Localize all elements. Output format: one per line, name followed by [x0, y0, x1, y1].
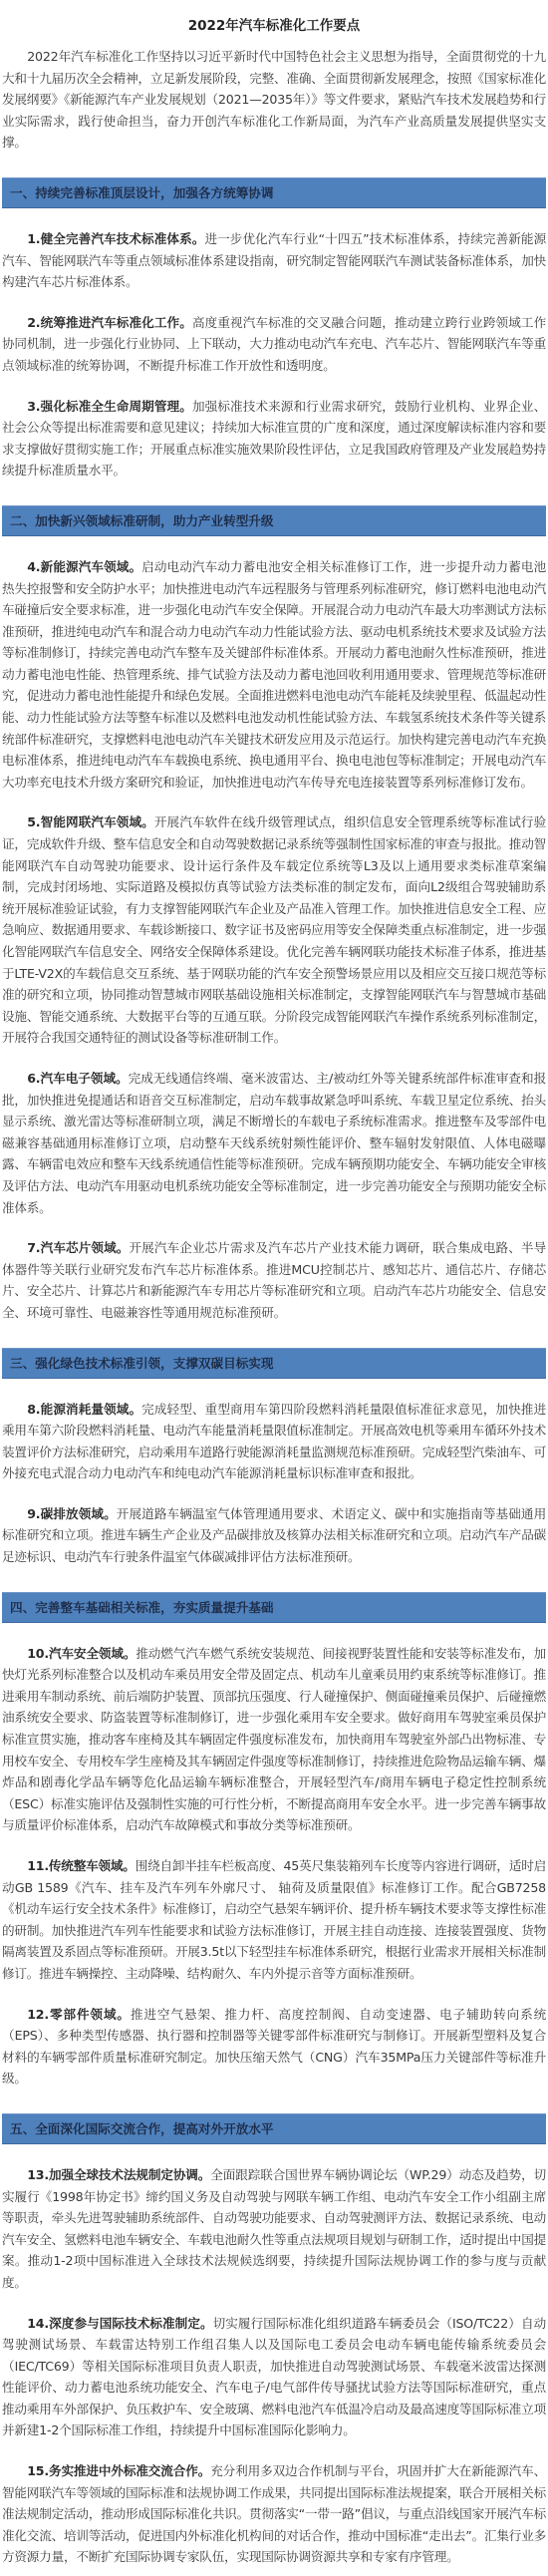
- item-paragraph-6: 6.汽车电子领域。完成无线通信终端、毫米波雷达、主/被动红外等关键系统部件标准审…: [2, 1068, 546, 1218]
- item-lead: 7.汽车芯片领域。: [27, 1240, 129, 1255]
- item-lead: 1.健全完善汽车技术标准体系。: [27, 231, 204, 246]
- item-lead: 9.碳排放领域。: [27, 1506, 117, 1521]
- item-paragraph-13: 13.加强全球技术法规制定协调。全面跟踪联合国世界车辆协调论坛（WP.29）动态…: [2, 2164, 546, 2294]
- item-lead: 2.统筹推进汽车标准化工作。: [27, 315, 192, 330]
- document-title: 2022年汽车标准化工作要点: [2, 0, 546, 38]
- item-lead: 13.加强全球技术法规制定协调。: [27, 2167, 210, 2182]
- section-heading-3: 三、强化绿色技术标准引领，支撑双碳目标实现: [2, 1348, 546, 1379]
- item-body: 切实履行国际标准化组织道路车辆委员会（ISO/TC22）自动驾驶测试场景、车载雷…: [2, 2316, 546, 2438]
- document-page: 2022年汽车标准化工作要点 2022年汽车标准化工作坚持以习近平新时代中国特色…: [0, 0, 548, 2576]
- item-lead: 5.智能网联汽车领域。: [27, 814, 154, 829]
- intro-paragraph: 2022年汽车标准化工作坚持以习近平新时代中国特色社会主义思想为指导，全面贯彻党…: [2, 46, 546, 154]
- item-paragraph-15: 15.务实推进中外标准交流合作。充分利用多双边合作机制与平台，巩固并扩大在新能源…: [2, 2460, 546, 2568]
- section-heading-1: 一、持续完善标准顶层设计，加强各方统筹协调: [2, 177, 546, 208]
- item-paragraph-1: 1.健全完善汽车技术标准体系。进一步优化汽车行业“十四五”技术标准体系，持续完善…: [2, 228, 546, 293]
- item-lead: 6.汽车电子领域。: [27, 1071, 128, 1086]
- section-heading-5: 五、全面深化国际交流合作，提高对外开放水平: [2, 2113, 546, 2144]
- item-lead: 11.传统整车领域。: [27, 1858, 136, 1873]
- item-body: 围绕自卸半挂车栏板高度、45英尺集装箱列车长度等内容进行调研，适时启动GB 15…: [2, 1858, 546, 1981]
- item-paragraph-2: 2.统筹推进汽车标准化工作。高度重视汽车标准的交叉融合问题，推动建立跨行业跨领域…: [2, 312, 546, 377]
- item-paragraph-11: 11.传统整车领域。围绕自卸半挂车栏板高度、45英尺集装箱列车长度等内容进行调研…: [2, 1855, 546, 1985]
- section-heading-2: 二、加快新兴领域标准研制，助力产业转型升级: [2, 505, 546, 536]
- item-paragraph-8: 8.能源消耗量领域。完成轻型、重型商用车第四阶段燃料消耗量限值标准征求意见，加快…: [2, 1399, 546, 1484]
- item-lead: 12.零部件领域。: [27, 2007, 131, 2022]
- item-lead: 4.新能源汽车领域。: [27, 559, 141, 574]
- item-lead: 14.深度参与国际技术标准制定。: [27, 2316, 212, 2331]
- item-lead: 10.汽车安全领域。: [27, 1646, 136, 1661]
- item-lead: 8.能源消耗量领域。: [27, 1402, 141, 1417]
- item-paragraph-5: 5.智能网联汽车领域。开展汽车软件在线升级管理试点，组织信息安全管理系统等标准试…: [2, 811, 546, 1049]
- item-body: 全面跟踪联合国世界车辆协调论坛（WP.29）动态及趋势，切实履行《1998年协定…: [2, 2167, 546, 2290]
- item-body: 推动燃气汽车燃气系统安装规范、间接视野装置性能和安装等标准发布，加快灯光系列标准…: [2, 1646, 546, 1833]
- item-body: 启动电动汽车动力蓄电池安全相关标准修订工作，进一步提升动力蓄电池热失控报警和安全…: [2, 559, 546, 790]
- item-lead: 15.务实推进中外标准交流合作。: [27, 2463, 210, 2478]
- item-paragraph-14: 14.深度参与国际技术标准制定。切实履行国际标准化组织道路车辆委员会（ISO/T…: [2, 2313, 546, 2442]
- item-body: 充分利用多双边合作机制与平台，巩固并扩大在新能源汽车、智能网联汽车等领域的国际标…: [2, 2463, 546, 2564]
- item-paragraph-12: 12.零部件领域。推进空气悬架、推力杆、高度控制阀、自动变速器、电子辅助转向系统…: [2, 2004, 546, 2090]
- item-paragraph-4: 4.新能源汽车领域。启动电动汽车动力蓄电池安全相关标准修订工作，进一步提升动力蓄…: [2, 556, 546, 794]
- item-paragraph-10: 10.汽车安全领域。推动燃气汽车燃气系统安装规范、间接视野装置性能和安装等标准发…: [2, 1643, 546, 1836]
- item-paragraph-7: 7.汽车芯片领域。开展汽车企业芯片需求及汽车芯片产业技术能力调研，联合集成电路、…: [2, 1237, 546, 1323]
- item-lead: 3.强化标准全生命周期管理。: [27, 399, 192, 414]
- item-body: 完成无线通信终端、毫米波雷达、主/被动红外等关键系统部件标准审查和报批，加快推进…: [2, 1071, 546, 1215]
- item-body: 开展汽车软件在线升级管理试点，组织信息安全管理系统等标准试行验证，完成软件升级、…: [2, 814, 546, 1045]
- section-heading-4: 四、完善整车基础相关标准，夯实质量提升基础: [2, 1592, 546, 1623]
- item-paragraph-9: 9.碳排放领域。开展道路车辆温室气体管理通用要求、术语定义、碳中和实施指南等基础…: [2, 1503, 546, 1568]
- item-paragraph-3: 3.强化标准全生命周期管理。加强标准技术来源和行业需求研究，鼓励行业机构、业界企…: [2, 396, 546, 482]
